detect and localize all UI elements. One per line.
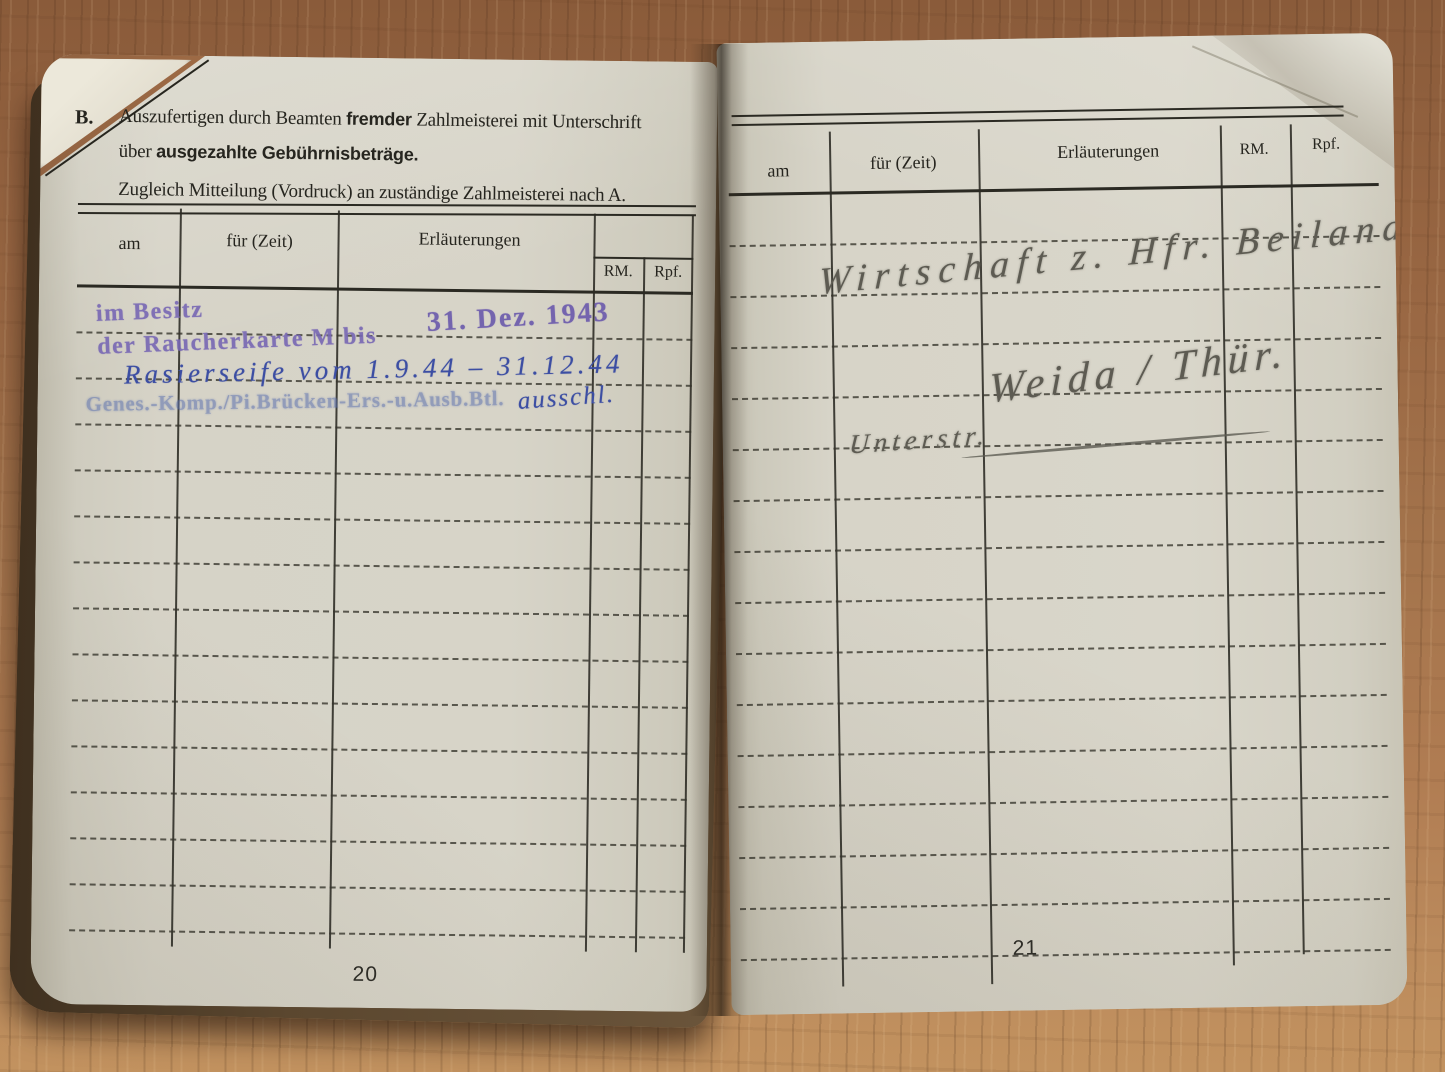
col-header-erlaeuterungen: Erläuterungen xyxy=(1008,140,1208,164)
table-row xyxy=(70,839,687,893)
table-row xyxy=(74,471,691,525)
page-number-left: 20 xyxy=(352,963,378,987)
col-header-fuer-zeit: für (Zeit) xyxy=(838,151,968,174)
book-gutter-shadow xyxy=(690,44,748,1016)
col-header-rm: RM. xyxy=(595,263,641,282)
col-header-rm: RM. xyxy=(1226,140,1282,159)
section-label: B. xyxy=(75,106,94,129)
table-row xyxy=(740,900,1391,961)
table-row xyxy=(74,517,691,571)
col-header-am: am xyxy=(94,233,164,255)
col-header-rpf: Rpf. xyxy=(1298,135,1354,154)
table-row xyxy=(72,655,689,709)
table-row xyxy=(70,793,687,847)
col-header-rpf: Rpf. xyxy=(645,263,691,282)
right-page: am für (Zeit) Erläuterungen RM. Rpf. Wir… xyxy=(716,33,1407,1015)
table-row xyxy=(73,563,690,617)
header-double-rule xyxy=(78,203,696,216)
table-row xyxy=(71,747,688,801)
left-page: B. Auszufertigen durch Beamten fremder Z… xyxy=(30,54,718,1012)
header-double-rule xyxy=(732,106,1344,127)
table-row xyxy=(75,425,692,479)
table-row xyxy=(71,701,688,755)
table-row xyxy=(69,885,686,939)
table-row xyxy=(72,609,689,663)
section-heading: Auszufertigen durch Beamten fremder Zahl… xyxy=(118,99,642,213)
raucherkarte-stamp: im Besitz der Raucherkarte M bis xyxy=(95,287,377,364)
col-header-am: am xyxy=(748,160,808,182)
page-number-right: 21 xyxy=(1012,936,1038,960)
col-header-erlaeuterungen: Erläuterungen xyxy=(369,228,569,251)
col-header-fuer-zeit: für (Zeit) xyxy=(189,230,329,253)
heading-line-2: über ausgezahlte Gebührnisbeträge. xyxy=(118,134,641,175)
